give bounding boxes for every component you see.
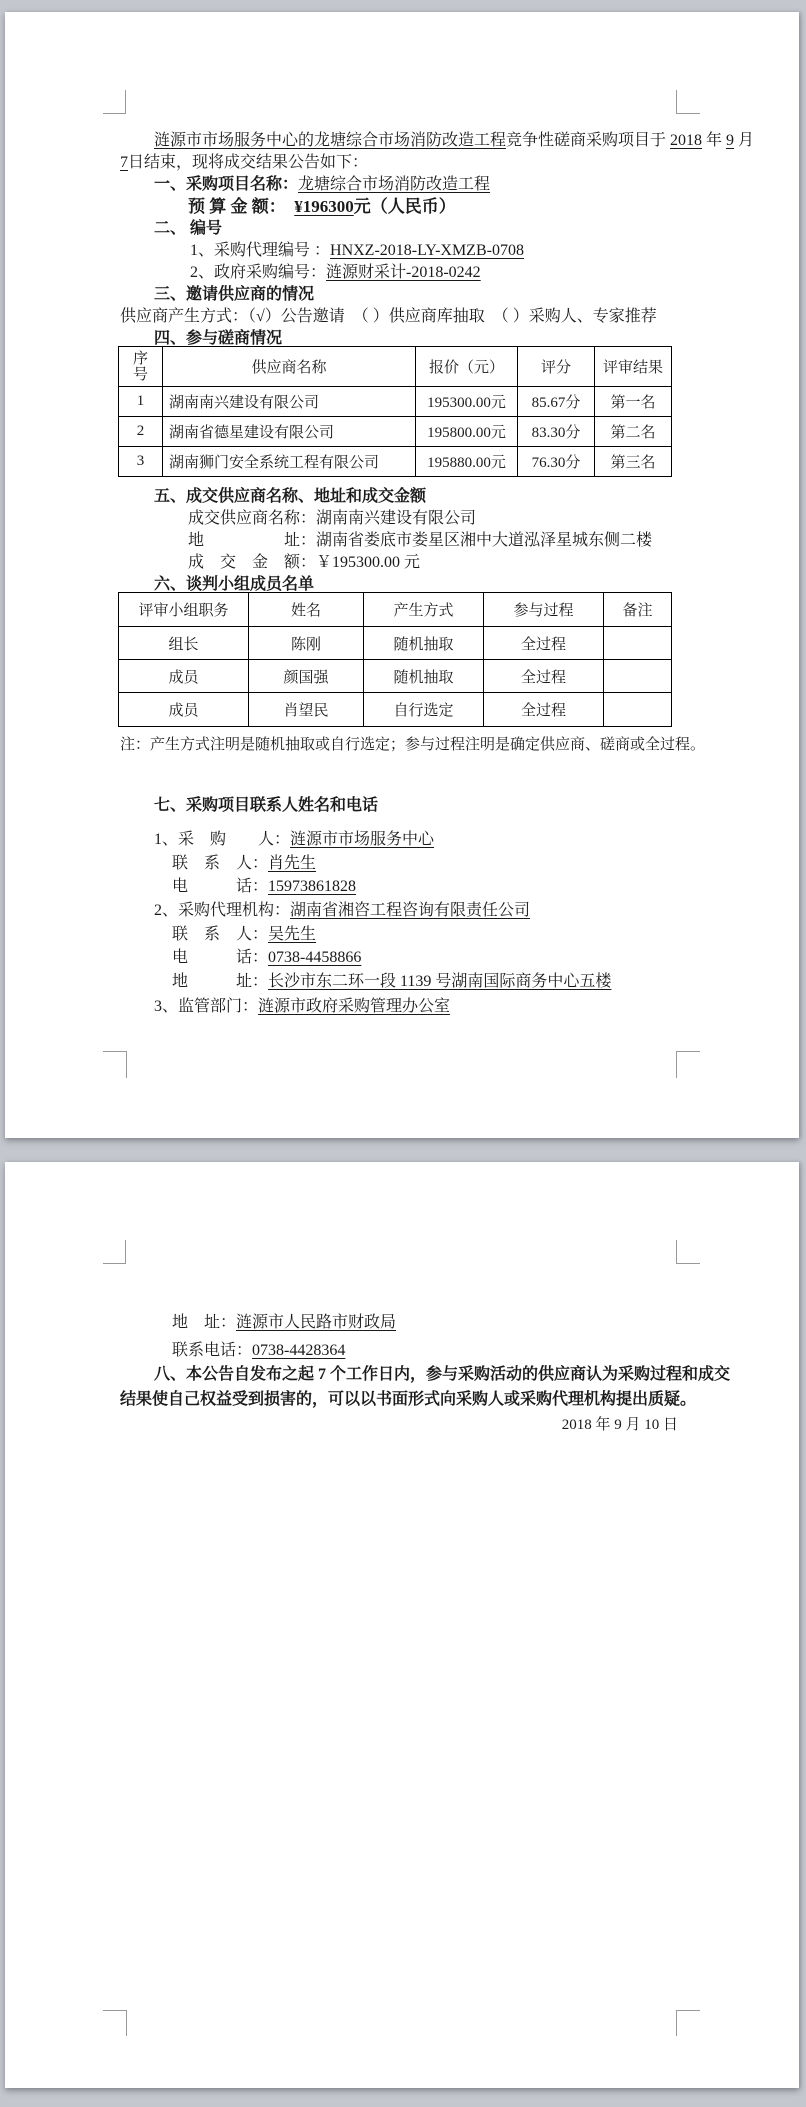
winner-name-value: 湖南南兴建设有限公司: [316, 510, 476, 527]
team-cell-remark: [604, 627, 672, 660]
supplier-method-line: 供应商产生方式：（√）公告邀请 （ ）供应商库抽取 （ ）采购人、专家推荐: [120, 306, 657, 328]
team-cell-role: 成员: [119, 693, 249, 727]
winner-address-line: 地 址：湖南省娄底市娄星区湘中大道泓泽星城东侧二楼: [188, 530, 652, 552]
team-header-remark: 备注: [604, 593, 672, 627]
bid-cell-result: 第二名: [595, 417, 672, 447]
team-cell-remark: [604, 660, 672, 693]
phone2-line: 电 话：0738-4458866: [172, 947, 361, 969]
deal-amount-line: 成 交 金 额：￥195300.00 元: [188, 552, 420, 574]
intro-line2-rest: 日结束，现将成交结果公告如下：: [128, 154, 368, 171]
team-cell-method: 随机抽取: [364, 627, 484, 660]
winner-name-line: 成交供应商名称：湖南南兴建设有限公司: [188, 508, 476, 530]
budget-label: 预 算 金 额：: [188, 197, 294, 216]
intro-plain: 竞争性磋商采购项目于: [506, 132, 670, 149]
team-table-row: 成员 肖望民 自行选定 全过程: [119, 693, 672, 727]
bid-header-result: 评审结果: [595, 347, 672, 387]
supervisor-address-line: 地 址：涟源市人民路市财政局: [172, 1312, 396, 1334]
section3-heading: 三、邀请供应商的情况: [154, 284, 314, 306]
crop-mark-top-left-icon: [103, 90, 126, 114]
team-cell-process: 全过程: [484, 660, 604, 693]
bid-header-index: 序号: [119, 347, 163, 387]
agent-address-value: 长沙市东二环一段 1139 号湖南国际商务中心五楼: [268, 973, 611, 990]
team-cell-name: 肖望民: [249, 693, 364, 727]
bid-cell-index: 3: [119, 447, 163, 477]
team-cell-method: 自行选定: [364, 693, 484, 727]
bid-table-row: 3 湖南狮门安全系统工程有限公司 195880.00元 76.30分 第三名: [119, 447, 672, 477]
crop-mark-bottom-left-icon: [103, 2010, 127, 2036]
bid-table-row: 1 湖南南兴建设有限公司 195300.00元 85.67分 第一名: [119, 387, 672, 417]
section7-heading: 七、采购项目联系人姓名和电话: [154, 795, 378, 817]
bid-header-price: 报价（元）: [416, 347, 518, 387]
bid-cell-score: 83.30分: [518, 417, 595, 447]
bid-header-score: 评分: [518, 347, 595, 387]
crop-mark-bottom-left-icon: [103, 1051, 127, 1078]
bid-cell-index: 2: [119, 417, 163, 447]
supervisor-phone-value: 0738-4428364: [252, 1342, 345, 1359]
announcement-date: 2018 年 9 月 10 日: [562, 1414, 678, 1436]
team-cell-method: 随机抽取: [364, 660, 484, 693]
contact2-value: 吴先生: [268, 926, 316, 943]
supervisor-address-label: 地 址：: [172, 1314, 236, 1331]
team-table-row: 成员 颜国强 随机抽取 全过程: [119, 660, 672, 693]
supervisor-label: 3、监管部门：: [154, 998, 258, 1015]
budget-suffix: 元（人民币）: [354, 197, 456, 216]
winner-address-label: 地 址：: [188, 532, 316, 549]
agent-value: 湖南省湘咨工程咨询有限责任公司: [290, 902, 530, 919]
agency-number-line: 1、采购代理编号 ：HNXZ-2018-LY-XMZB-0708: [190, 240, 524, 262]
clause8-line-1: 八、本公告自发布之起 7 个工作日内，参与采购活动的供应商认为采购过程和成交: [154, 1364, 730, 1386]
bid-cell-score: 85.67分: [518, 387, 595, 417]
team-cell-process: 全过程: [484, 693, 604, 727]
document-page-2: 地 址：涟源市人民路市财政局 联系电话：0738-4428364 八、本公告自发…: [5, 1162, 799, 2088]
bid-cell-index: 1: [119, 387, 163, 417]
agent-line: 2、采购代理机构：湖南省湘咨工程咨询有限责任公司: [154, 900, 530, 922]
agency-number-label: 1、采购代理编号 ：: [190, 242, 330, 259]
intro-line-1: 涟源市市场服务中心的龙塘综合市场消防改造工程竞争性磋商采购项目于 2018 年 …: [154, 130, 754, 152]
intro-month: 9: [726, 132, 734, 149]
budget-line: 预 算 金 额： ¥196300元（人民币）: [188, 196, 456, 218]
agent-address-line: 地 址：长沙市东二环一段 1139 号湖南国际商务中心五楼: [172, 971, 611, 993]
crop-mark-bottom-right-icon: [676, 1051, 700, 1078]
project-name-value: 龙塘综合市场消防改造工程: [298, 176, 490, 193]
agent-address-label: 地 址：: [172, 973, 268, 990]
supervisor-address-value: 涟源市人民路市财政局: [236, 1314, 396, 1331]
supervisor-phone-label: 联系电话：: [172, 1342, 252, 1359]
phone1-value: 15973861828: [268, 878, 356, 895]
team-cell-role: 成员: [119, 660, 249, 693]
contact2-line: 联 系 人：吴先生: [172, 924, 316, 946]
clause8-line-2: 结果使自己权益受到损害的，可以以书面形式向采购人或采购代理机构提出质疑。: [120, 1389, 696, 1411]
contact2-label: 联 系 人：: [172, 926, 268, 943]
section5-heading: 五、成交供应商名称、地址和成交金额: [154, 486, 426, 508]
team-header-method: 产生方式: [364, 593, 484, 627]
contact1-label: 联 系 人：: [172, 855, 268, 872]
phone1-line: 电 话：15973861828: [172, 876, 356, 898]
team-cell-name: 陈刚: [249, 627, 364, 660]
gov-number-line: 2、政府采购编号：涟源财采计-2018-0242: [190, 262, 481, 284]
crop-mark-top-left-icon: [103, 1240, 126, 1264]
table-note: 注：产生方式注明是随机抽取或自行选定；参与过程注明是确定供应商、磋商或全过程。: [120, 734, 705, 756]
crop-mark-top-right-icon: [676, 90, 700, 114]
intro-year-suffix: 年: [702, 132, 726, 149]
agency-number-value: HNXZ-2018-LY-XMZB-0708: [330, 242, 524, 259]
bid-table-row: 2 湖南省德星建设有限公司 195800.00元 83.30分 第二名: [119, 417, 672, 447]
bid-cell-supplier: 湖南省德星建设有限公司: [163, 417, 416, 447]
intro-month-suffix: 月: [734, 132, 754, 149]
purchaser-value: 涟源市市场服务中心: [290, 831, 434, 848]
document-page-1: 涟源市市场服务中心的龙塘综合市场消防改造工程竞争性磋商采购项目于 2018 年 …: [5, 12, 799, 1138]
team-table-header-row: 评审小组职务 姓名 产生方式 参与过程 备注: [119, 593, 672, 627]
bid-cell-result: 第一名: [595, 387, 672, 417]
agent-label: 2、采购代理机构：: [154, 902, 290, 919]
team-cell-role: 组长: [119, 627, 249, 660]
purchaser-line: 1、采 购 人：涟源市市场服务中心: [154, 829, 434, 851]
intro-year: 2018: [670, 132, 702, 149]
supervisor-phone-line: 联系电话：0738-4428364: [172, 1340, 345, 1362]
team-header-process: 参与过程: [484, 593, 604, 627]
supervisor-line: 3、监管部门：涟源市政府采购管理办公室: [154, 996, 450, 1018]
bid-cell-supplier: 湖南南兴建设有限公司: [163, 387, 416, 417]
bid-cell-supplier: 湖南狮门安全系统工程有限公司: [163, 447, 416, 477]
bid-cell-score: 76.30分: [518, 447, 595, 477]
intro-line-2: 7日结束，现将成交结果公告如下：: [120, 152, 368, 174]
contact1-value: 肖先生: [268, 855, 316, 872]
crop-mark-top-right-icon: [676, 1240, 700, 1264]
team-header-role: 评审小组职务: [119, 593, 249, 627]
bid-header-supplier: 供应商名称: [163, 347, 416, 387]
gov-number-label: 2、政府采购编号：: [190, 264, 326, 281]
team-table: 评审小组职务 姓名 产生方式 参与过程 备注 组长 陈刚 随机抽取 全过程 成员…: [118, 592, 672, 727]
deal-amount-value: ￥195300.00 元: [316, 554, 420, 571]
gov-number-value: 涟源财采计-2018-0242: [326, 264, 481, 281]
crop-mark-bottom-right-icon: [676, 2010, 700, 2036]
team-header-name: 姓名: [249, 593, 364, 627]
team-cell-name: 颜国强: [249, 660, 364, 693]
phone2-value: 0738-4458866: [268, 949, 361, 966]
team-cell-process: 全过程: [484, 627, 604, 660]
bid-cell-price: 195880.00元: [416, 447, 518, 477]
bid-table: 序号 供应商名称 报价（元） 评分 评审结果 1 湖南南兴建设有限公司 1953…: [118, 346, 672, 477]
intro-project-underlined: 涟源市市场服务中心的龙塘综合市场消防改造工程: [154, 132, 506, 149]
team-table-row: 组长 陈刚 随机抽取 全过程: [119, 627, 672, 660]
winner-address-value: 湖南省娄底市娄星区湘中大道泓泽星城东侧二楼: [316, 532, 652, 549]
team-cell-remark: [604, 693, 672, 727]
deal-amount-label: 成 交 金 额：: [188, 554, 316, 571]
document-viewer: { "colors": { "background": "#c5c7ce", "…: [0, 0, 806, 2107]
contact1-line: 联 系 人：肖先生: [172, 853, 316, 875]
bid-table-header-row: 序号 供应商名称 报价（元） 评分 评审结果: [119, 347, 672, 387]
intro-day: 7: [120, 154, 128, 171]
purchaser-label: 1、采 购 人：: [154, 831, 290, 848]
bid-cell-price: 195800.00元: [416, 417, 518, 447]
supervisor-value: 涟源市政府采购管理办公室: [258, 998, 450, 1015]
phone1-label: 电 话：: [172, 878, 268, 895]
bid-cell-price: 195300.00元: [416, 387, 518, 417]
bid-cell-result: 第三名: [595, 447, 672, 477]
section1-heading: 一、采购项目名称：: [154, 176, 298, 193]
budget-value: ¥196300: [294, 197, 354, 216]
section1-line: 一、采购项目名称：龙塘综合市场消防改造工程: [154, 174, 490, 196]
section2-heading: 二、 编号: [154, 218, 222, 240]
phone2-label: 电 话：: [172, 949, 268, 966]
winner-name-label: 成交供应商名称：: [188, 510, 316, 527]
